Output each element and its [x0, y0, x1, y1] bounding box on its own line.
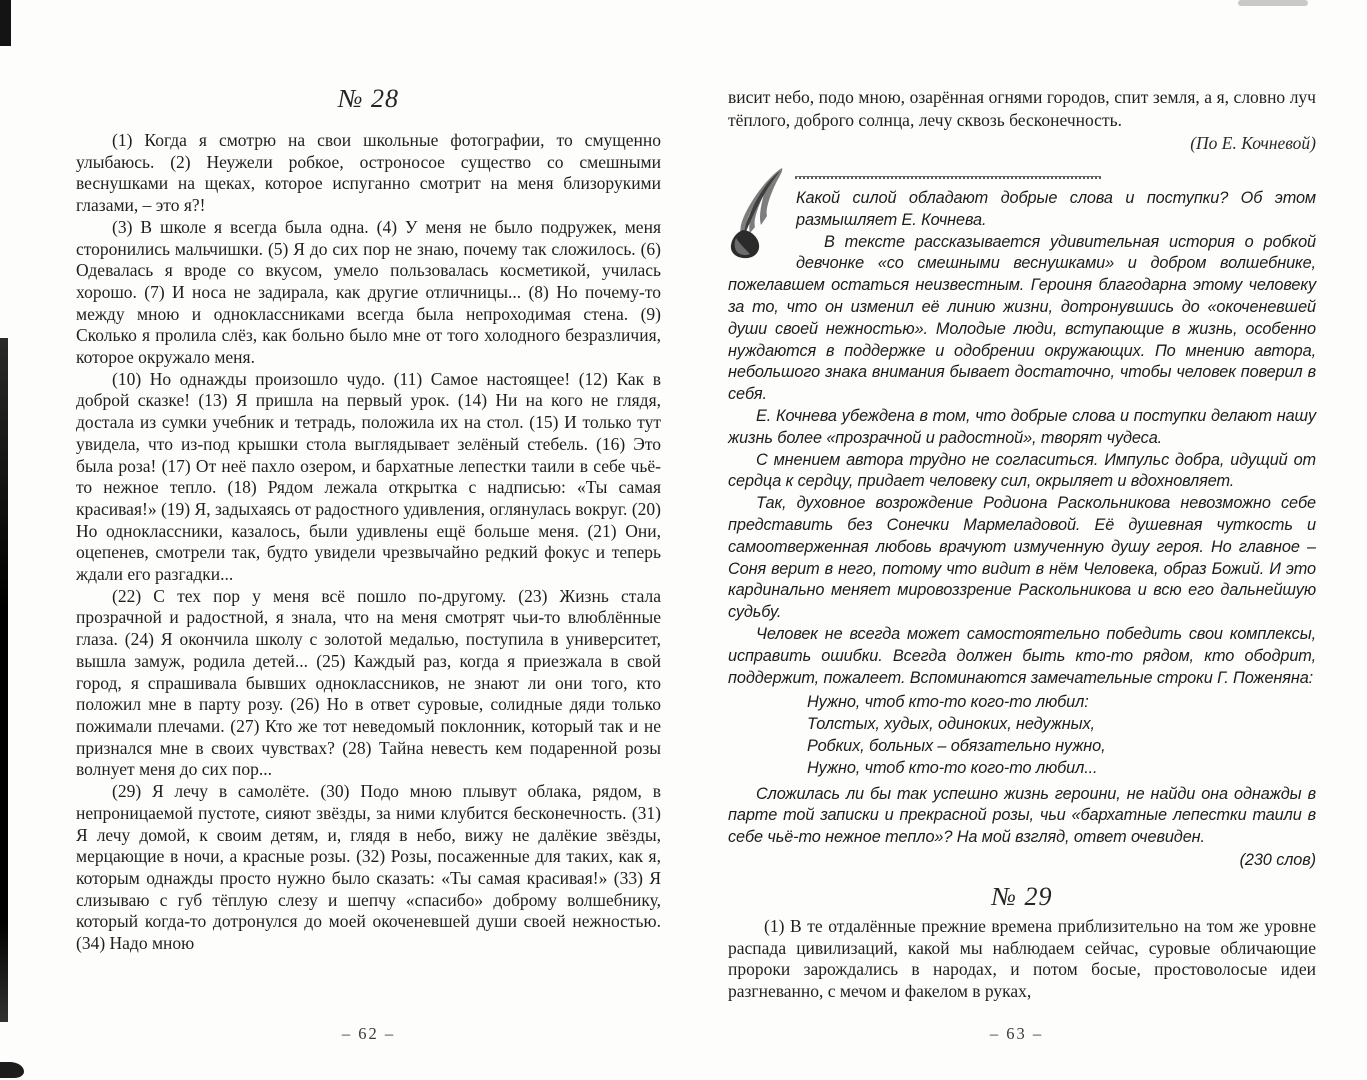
verse-quote: Нужно, чтоб кто-то кого-то любил: Толсты…: [807, 692, 1316, 779]
page-62: № 28 (1) Когда я смотрю на свои школьные…: [76, 84, 661, 114]
commentary-closing: Сложилась ли бы так успешно жизнь героин…: [728, 784, 1316, 849]
commentary-paragraph: В тексте рассказывается удивительная ист…: [728, 232, 1316, 406]
commentary-paragraph: Какой силой обладают добрые слова и пост…: [728, 188, 1316, 232]
verse-line: Нужно, чтоб кто-то кого-то любил:: [807, 692, 1316, 714]
commentary-paragraph: С мнением автора трудно не согласиться. …: [728, 450, 1316, 494]
paragraph: (22) С тех пор у меня всё пошло по-друго…: [76, 586, 661, 781]
exercise-28-heading: № 28: [76, 84, 661, 114]
commentary-paragraph: Так, духовное возрождение Родиона Раскол…: [728, 493, 1316, 624]
commentary-paragraph: Человек не всегда может самостоятельно п…: [728, 624, 1316, 689]
verse-line: Толстых, худых, одиноких, недужных,: [807, 714, 1316, 736]
paragraph: (1) В те отдалённые прежние времена приб…: [728, 916, 1316, 1003]
quill-inkwell-icon: [728, 166, 790, 260]
scan-edge-bottom: [0, 1062, 24, 1078]
scan-edge-left: [0, 338, 8, 1022]
verse-line: Робких, больных – обязательно нужно,: [807, 736, 1316, 758]
separator-rule: [795, 176, 1101, 179]
paragraph: (29) Я лечу в самолёте. (30) Подо мною п…: [76, 781, 661, 955]
exercise-28-text: (1) Когда я смотрю на свои школьные фото…: [76, 130, 661, 955]
exercise-29-heading: № 29: [728, 882, 1316, 912]
word-count: (230 слов): [728, 850, 1316, 872]
paragraph: (3) В школе я всегда была одна. (4) У ме…: [76, 217, 661, 369]
verse-line: Нужно, чтоб кто-то кого-то любил...: [807, 758, 1316, 780]
scan-edge-top: [0, 0, 11, 46]
commentary-paragraph: Е. Кочнева убеждена в том, что добрые сл…: [728, 406, 1316, 450]
book-scan-spread: № 28 (1) Когда я смотрю на свои школьные…: [0, 0, 1367, 1080]
scan-smudge-top: [1238, 0, 1308, 6]
author-attribution: (По Е. Кочневой): [728, 133, 1316, 154]
paragraph: (1) Когда я смотрю на свои школьные фото…: [76, 130, 661, 217]
paragraph: (10) Но однажды произошло чудо. (11) Сам…: [76, 369, 661, 586]
text-continuation: висит небо, подо мною, озарённая огнями …: [728, 86, 1316, 131]
commentary-block: Какой силой обладают добрые слова и пост…: [728, 164, 1316, 872]
page-number-63: – 63 –: [724, 1024, 1309, 1044]
page-number-62: – 62 –: [76, 1024, 661, 1044]
exercise-29-text: (1) В те отдалённые прежние времена приб…: [728, 916, 1316, 1003]
